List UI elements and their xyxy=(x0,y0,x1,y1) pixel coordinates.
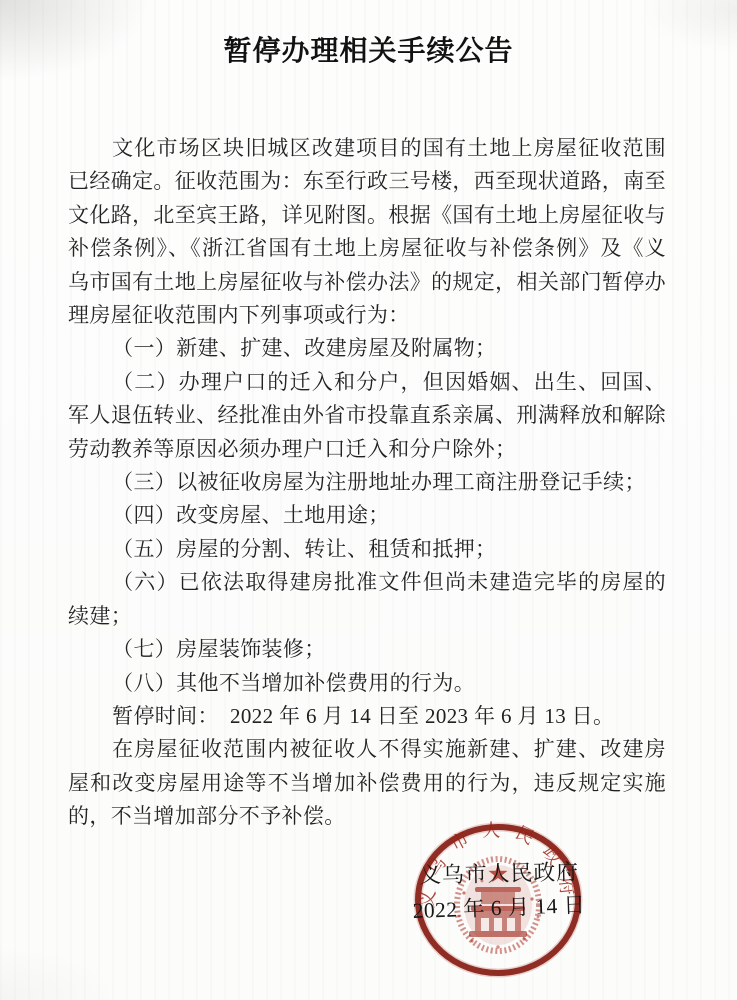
document-title: 暂停办理相关手续公告 xyxy=(0,0,737,70)
list-item-6: （六）已依法取得建房批准文件但尚未建造完毕的房屋的续建； xyxy=(68,566,666,633)
paragraph-intro: 文化市场区块旧城区改建项目的国有土地上房屋征收范围已经确定。征收范围为：东至行政… xyxy=(68,132,666,332)
paragraph-suspension-period: 暂停时间： 2022 年 6 月 14 日至 2023 年 6 月 13 日。 xyxy=(68,700,666,733)
list-item-5: （五）房屋的分割、转让、租赁和抵押； xyxy=(68,533,666,566)
signature-issuer: 义乌市人民政府 xyxy=(338,854,661,892)
list-item-8: （八）其他不当增加补偿费用的行为。 xyxy=(68,667,666,700)
list-item-7: （七）房屋装饰装修； xyxy=(68,633,666,666)
announcement-document: 暂停办理相关手续公告 文化市场区块旧城区改建项目的国有土地上房屋征收范围已经确定… xyxy=(0,0,737,1000)
list-item-1: （一）新建、扩建、改建房屋及附属物； xyxy=(68,332,666,365)
signature-date: 2022 年 6 月 14 日 xyxy=(338,885,661,927)
list-item-3: （三）以被征收房屋为注册地址办理工商注册登记手续； xyxy=(68,466,666,499)
document-body: 文化市场区块旧城区改建项目的国有土地上房屋征收范围已经确定。征收范围为：东至行政… xyxy=(68,132,666,834)
paragraph-closing: 在房屋征收范围内被征收人不得实施新建、扩建、改建房屋和改变房屋用途等不当增加补偿… xyxy=(68,733,666,833)
list-item-4: （四）改变房屋、土地用途； xyxy=(68,499,666,532)
list-item-2: （二）办理户口的迁入和分户，但因婚姻、出生、回国、军人退伍转业、经批准由外省市投… xyxy=(68,366,666,466)
